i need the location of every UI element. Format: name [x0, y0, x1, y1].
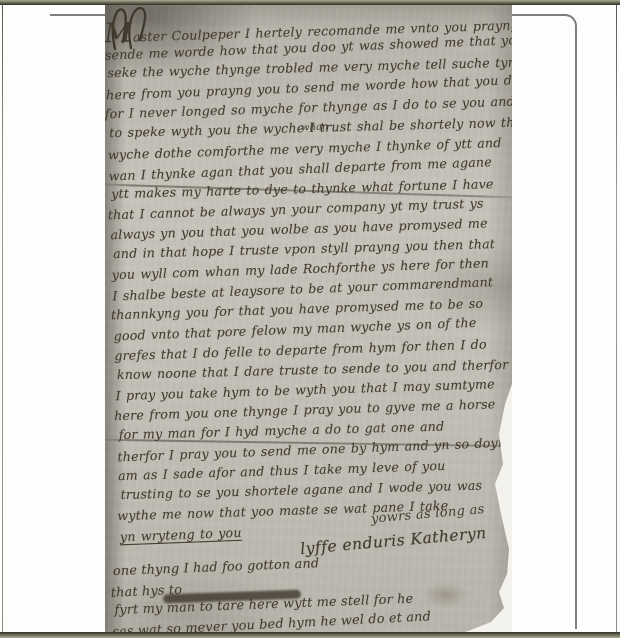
letter-body: Master Coulpeper I hertely recomande me …	[105, 12, 512, 547]
paper-stain	[423, 582, 469, 608]
letter-photo-page: Master Coulpeper I hertely recomande me …	[0, 0, 620, 638]
frame-right-rule	[616, 5, 617, 632]
parchment: Master Coulpeper I hertely recomande me …	[105, 4, 512, 633]
interlinear-word: whan	[301, 122, 329, 134]
frame-bottom-bar	[0, 632, 620, 638]
frame-left-rule	[2, 5, 3, 632]
frame-top-bar	[0, 0, 620, 5]
manuscript-photo: Master Coulpeper I hertely recomande me …	[105, 4, 512, 633]
